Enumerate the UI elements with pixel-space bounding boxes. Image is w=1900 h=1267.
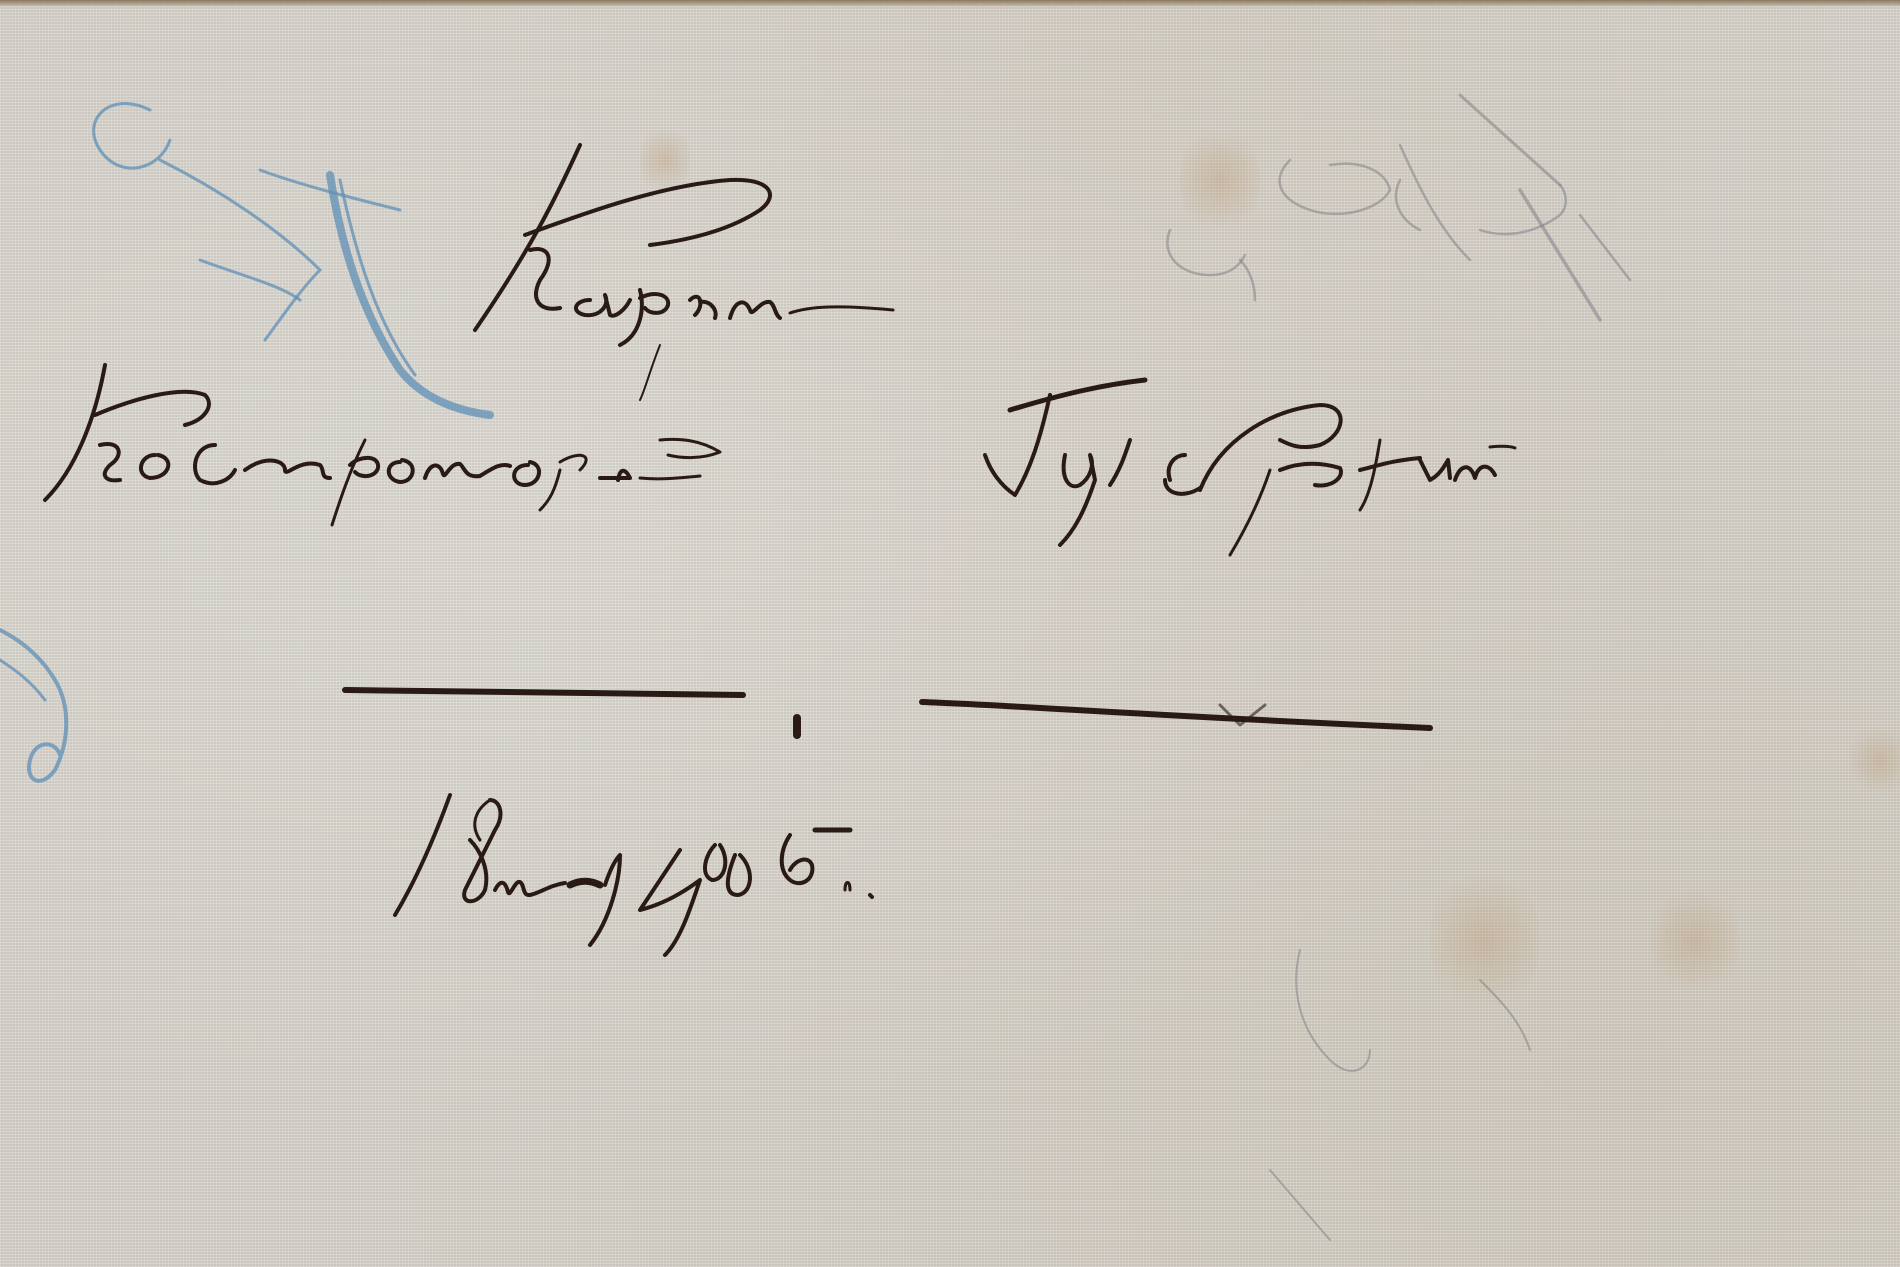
- markings-layer: [0, 0, 1900, 1267]
- handwriting-date: [395, 795, 872, 955]
- blue-pencil-sketch: [0, 104, 490, 781]
- handwriting-subtitle: [45, 365, 1515, 555]
- handwriting-title: [475, 145, 893, 400]
- divider-line: [345, 690, 1430, 735]
- cloth-backing: Карта Костромской Губернии —— · —— 18 ма…: [0, 0, 1900, 1267]
- graphite-sketch: [1167, 95, 1630, 1240]
